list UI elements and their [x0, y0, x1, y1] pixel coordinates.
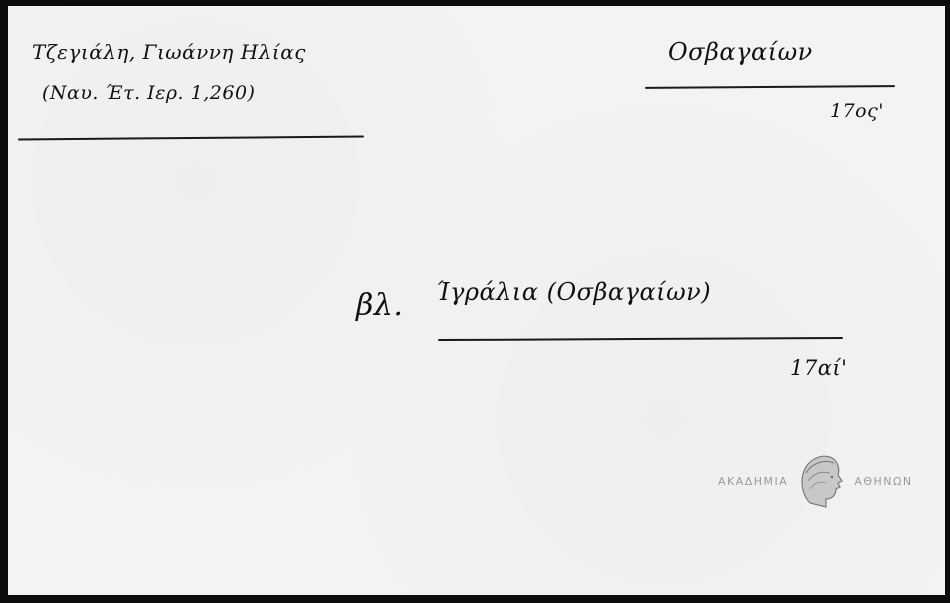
center-entry: Ίγράλια (Οσβαγαίων) [436, 278, 711, 306]
stamp-left-word: ΑΚΑΔΗΜΙΑ [718, 475, 788, 488]
athena-head-icon [796, 451, 846, 511]
academy-stamp: ΑΚΑΔΗΜΙΑ ΑΘΗΝΩΝ [718, 451, 913, 511]
top-right-note: 17ος' [830, 100, 884, 122]
heading-underline [18, 135, 364, 140]
index-card: Τζεγιάλη, Γιωάννη Ηλίας (Ναυ. Έτ. Ιερ. 1… [8, 6, 945, 595]
see-mark: βλ. [356, 288, 403, 323]
top-right-underline [645, 85, 895, 89]
center-note: 17αί' [790, 356, 847, 380]
heading-line-1: Τζεγιάλη, Γιωάννη Ηλίας [32, 40, 306, 64]
center-underline [438, 337, 843, 341]
top-right-word: Οσβαγαίων [668, 38, 813, 66]
heading-line-2: (Ναυ. Έτ. Ιερ. 1,260) [42, 82, 255, 104]
stamp-right-word: ΑΘΗΝΩΝ [854, 475, 912, 488]
